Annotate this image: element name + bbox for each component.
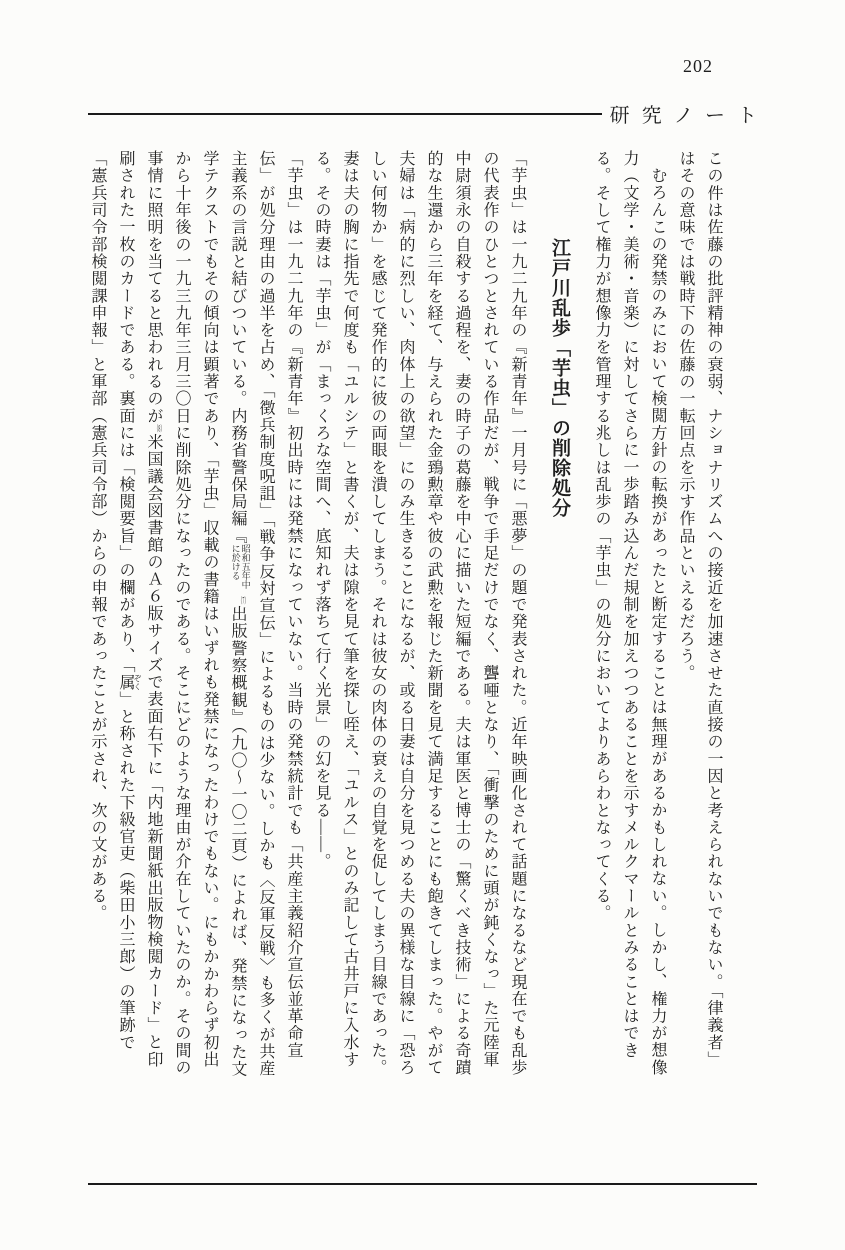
- paragraph-continuation: この件は佐藤の批評精神の衰弱、ナショナリズムへの接近を加速させた直接の一因と考え…: [671, 150, 727, 1078]
- section-title: 江戸川乱歩「芋虫」の削除処分: [545, 150, 573, 1078]
- paragraph: むろんこの発禁のみにおいて検閲方針の転換があったと断定することは無理があるかもし…: [587, 150, 671, 1078]
- paragraph: 「芋虫」は一九二九年の『新青年』初出時には発禁になっていない。当時の発禁統計でも…: [83, 150, 307, 1078]
- paragraph: 「芋虫」は一九二九年の『新青年』一月号に「悪夢」の題で発表された。近年映画化され…: [307, 150, 531, 1078]
- document-page: 202 研究ノート この件は佐藤の批評精神の衰弱、ナショナリズムへの接近を加速さ…: [0, 0, 845, 1250]
- header-label: 研究ノート: [610, 99, 769, 128]
- article-body: この件は佐藤の批評精神の衰弱、ナショナリズムへの接近を加速させた直接の一因と考え…: [83, 150, 727, 1078]
- footer-rule: [88, 1183, 757, 1185]
- page-number: 202: [683, 56, 713, 77]
- running-header: 研究ノート: [88, 99, 769, 128]
- ruby-base: 属: [117, 674, 134, 691]
- inline-small-annotation: 昭和五年中に於ける: [231, 544, 251, 596]
- ruby-text: ぞく: [133, 674, 142, 691]
- header-rule: [88, 113, 602, 115]
- ruby-annotation: 属ぞく: [117, 674, 134, 691]
